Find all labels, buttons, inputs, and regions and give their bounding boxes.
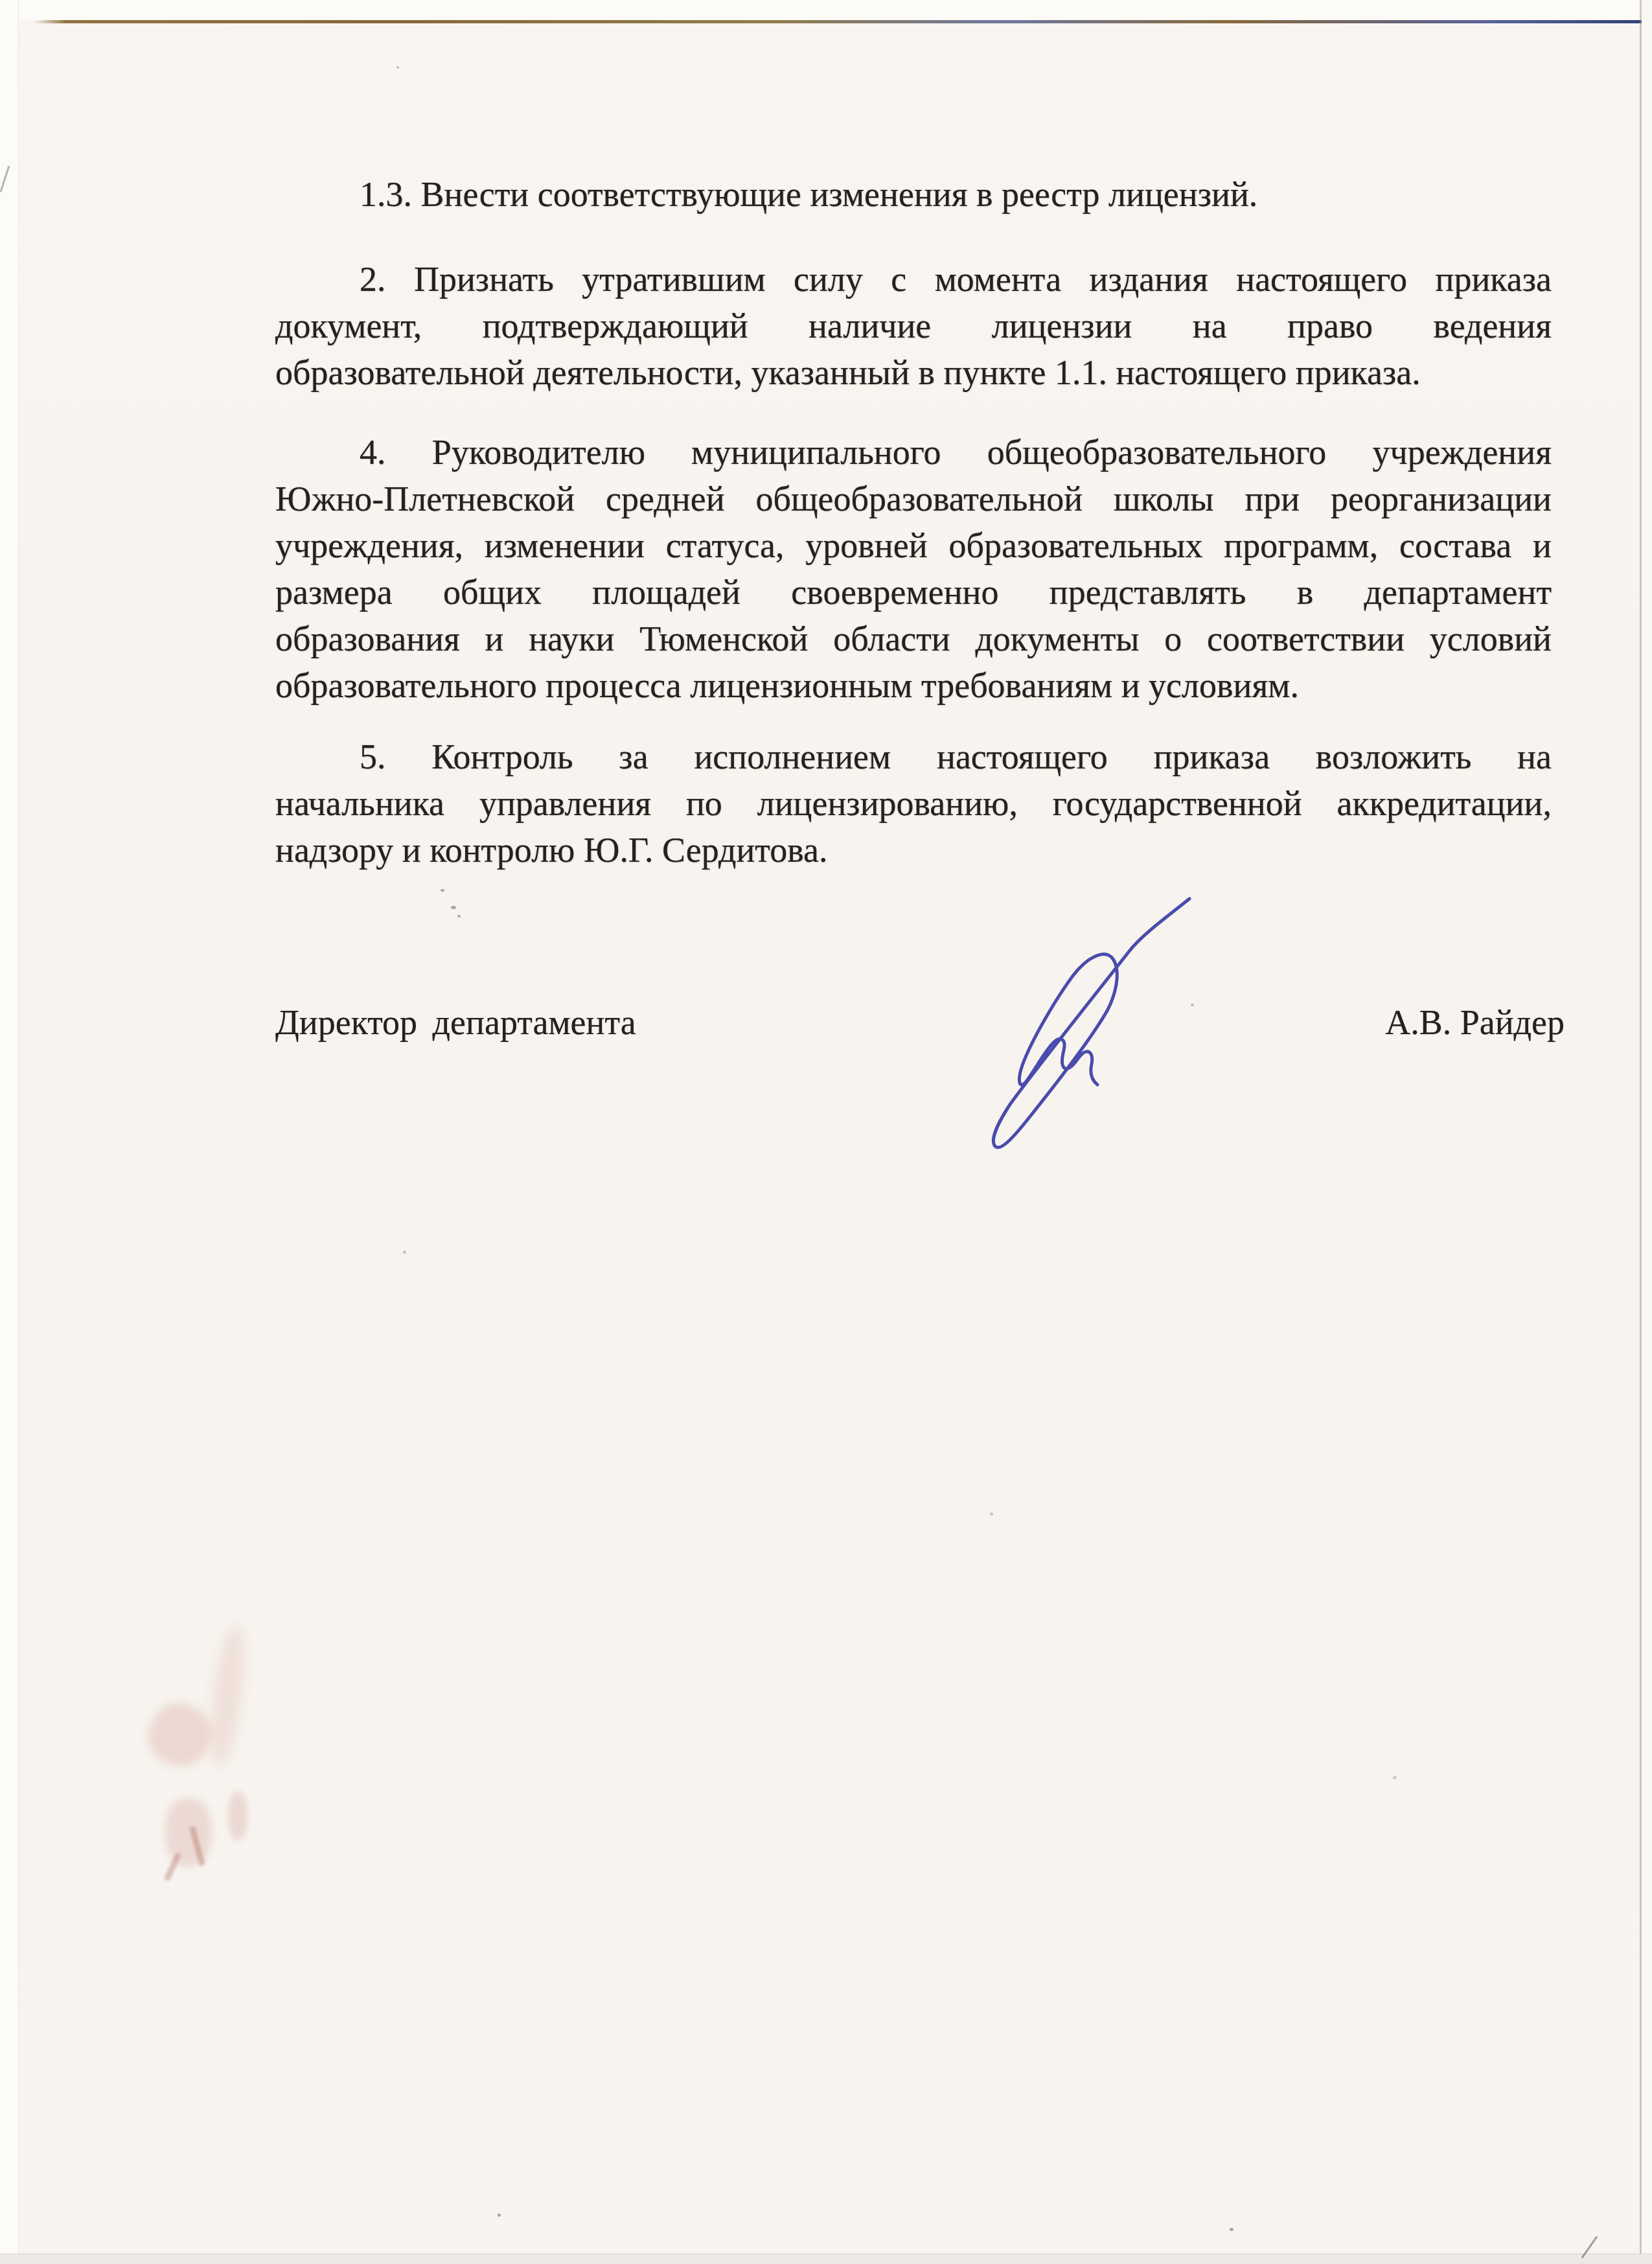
paragraph: 5. Контроль за исполнением настоящего пр… bbox=[275, 733, 1552, 873]
scan-top-edge-line bbox=[34, 20, 1652, 23]
scan-speck bbox=[1393, 1776, 1397, 1779]
scan-speck bbox=[498, 2213, 501, 2217]
handwritten-signature bbox=[965, 886, 1218, 1172]
paragraph: 1.3. Внести соответствующие изменения в … bbox=[275, 171, 1552, 218]
document-line: образовательного процесса лицензионным т… bbox=[275, 662, 1552, 709]
document-line: 4. Руководителю муниципального общеобраз… bbox=[275, 429, 1552, 476]
pink-smudge-stroke bbox=[164, 1852, 182, 1881]
document-line: 1.3. Внести соответствующие изменения в … bbox=[275, 171, 1552, 218]
scan-speck bbox=[403, 1251, 406, 1254]
signer-name: А.В. Райдер bbox=[1385, 999, 1565, 1046]
pink-smudge bbox=[205, 1625, 249, 1767]
scan-right-edge bbox=[1642, 0, 1652, 2264]
scan-speck bbox=[990, 1512, 993, 1516]
document-line: размера общих площадей своевременно пред… bbox=[275, 569, 1552, 616]
scan-bottom-edge bbox=[0, 2254, 1652, 2264]
scanned-document-page: 1.3. Внести соответствующие изменения в … bbox=[0, 0, 1652, 2264]
pink-smudge bbox=[141, 1696, 220, 1775]
document-line: образования и науки Тюменской области до… bbox=[275, 616, 1552, 662]
scan-speck bbox=[451, 906, 456, 909]
document-line: 2. Признать утратившим силу с момента из… bbox=[275, 256, 1552, 303]
paragraph: 2. Признать утратившим силу с момента из… bbox=[275, 256, 1552, 396]
scan-speck bbox=[457, 915, 461, 918]
scan-top-edge bbox=[0, 0, 1652, 20]
signature-ink-path bbox=[993, 899, 1189, 1148]
document-line: 5. Контроль за исполнением настоящего пр… bbox=[275, 733, 1552, 780]
scan-speck bbox=[396, 66, 399, 69]
document-line: учреждения, изменении статуса, уровней о… bbox=[275, 522, 1552, 569]
scan-speck bbox=[1230, 2228, 1233, 2231]
document-line: Южно-Плетневской средней общеобразовател… bbox=[275, 476, 1552, 522]
scan-speck bbox=[1191, 1004, 1194, 1006]
signer-role: Директор департамента bbox=[275, 999, 636, 1046]
pink-smudge bbox=[228, 1792, 247, 1840]
document-line: образовательной деятельности, указанный … bbox=[275, 349, 1552, 396]
document-line: начальника управления по лицензированию,… bbox=[275, 780, 1552, 827]
scan-left-edge bbox=[0, 0, 19, 2264]
pink-smudge-stroke bbox=[189, 1826, 205, 1866]
scan-speck bbox=[441, 889, 444, 892]
signature-row: Директор департамента А.В. Райдер bbox=[275, 999, 1565, 1046]
pink-smudge bbox=[165, 1798, 212, 1866]
document-line: надзору и контролю Ю.Г. Сердитова. bbox=[275, 827, 1552, 873]
paragraph: 4. Руководителю муниципального общеобраз… bbox=[275, 429, 1552, 709]
document-line: документ, подтверждающий наличие лицензи… bbox=[275, 303, 1552, 349]
